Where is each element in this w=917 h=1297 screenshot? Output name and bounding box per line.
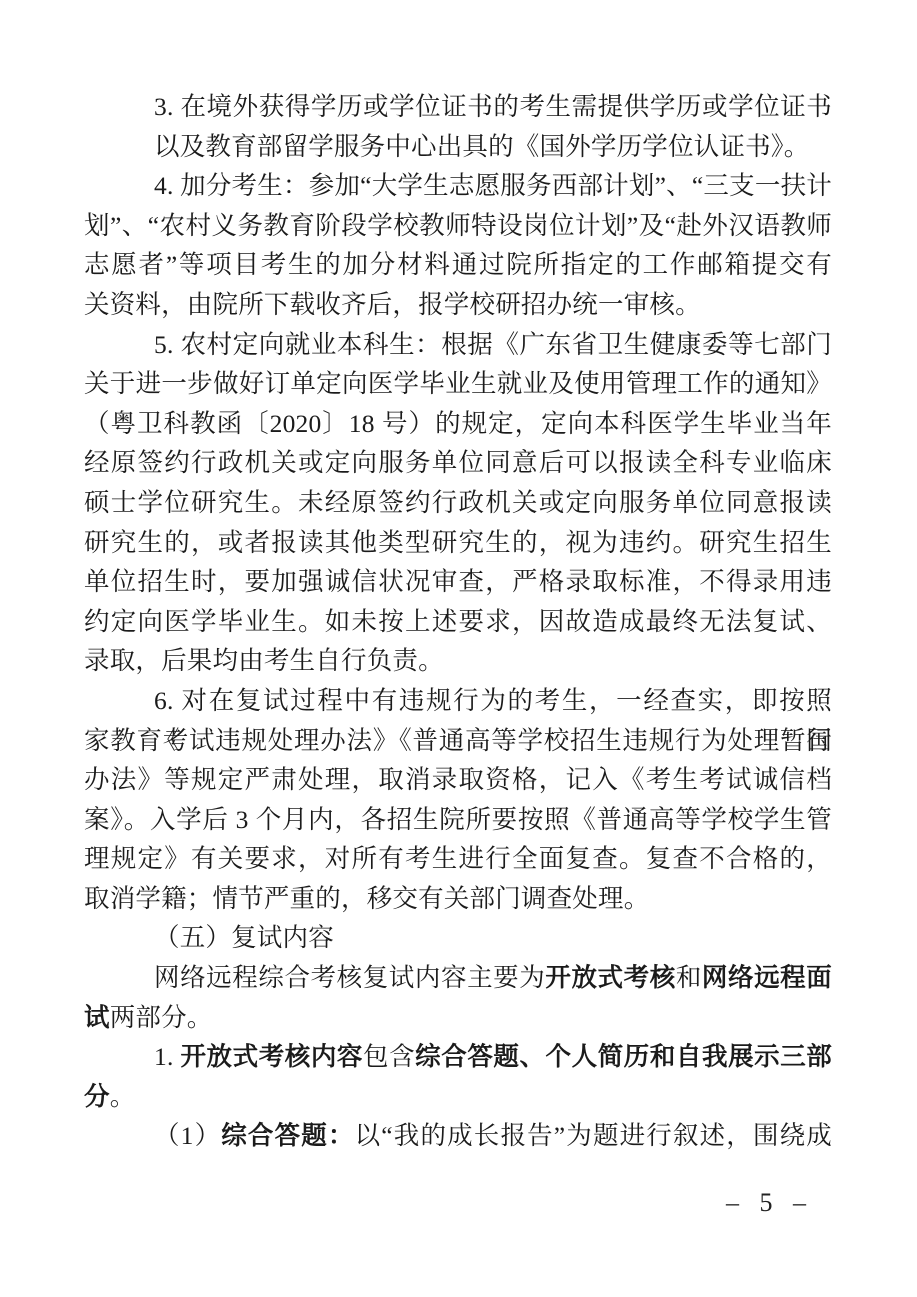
text-line: 关资料，由院所下载收齐后，报学校研招办统一审核。 xyxy=(84,285,832,325)
body-text: （粤卫科教函〔2020〕18 号）的规定，定向本科医学生毕业当年 xyxy=(84,409,832,438)
text-line: 5. 农村定向就业本科生：根据《广东省卫生健康委等七部门 xyxy=(84,325,832,365)
body-text: 志愿者”等项目考生的加分材料通过院所指定的工作邮箱提交有 xyxy=(84,250,832,279)
body-text: 约定向医学毕业生。如未按上述要求，因故造成最终无法复试、 xyxy=(84,607,832,636)
body-text: 两部分。 xyxy=(110,1003,213,1032)
emphasis-text: 开放式考核内容 xyxy=(180,1042,363,1071)
body-text: 案》。入学后 3 个月内，各招生院所要按照《普通高等学校学生管 xyxy=(84,805,832,834)
body-text: 取消学籍；情节严重的，移交有关部门调查处理。 xyxy=(84,884,649,913)
text-line: 以及教育部留学服务中心出具的《国外学历学位认证书》。 xyxy=(84,127,832,167)
page-number: – 5 – xyxy=(726,1188,813,1218)
body-text: 3. 在境外获得学历或学位证书的考生需提供学历或学位证书 xyxy=(154,92,832,121)
emphasis-text: 综合答题： xyxy=(221,1121,354,1150)
emphasis-text: 试 xyxy=(84,1003,110,1032)
text-line: （1）综合答题：以“我的成长报告”为题进行叙述，围绕成 xyxy=(84,1116,832,1156)
body-text: 网络远程综合考核复试内容主要为 xyxy=(154,963,545,992)
body-text: 关资料，由院所下载收齐后，报学校研招办统一审核。 xyxy=(84,290,701,319)
text-line: 办法》等规定严肃处理，取消录取资格，记入《考生考试诚信档 xyxy=(84,760,832,800)
text-line: 约定向医学毕业生。如未按上述要求，因故造成最终无法复试、 xyxy=(84,602,832,642)
body-text: 经原签约行政机关或定向服务单位同意后可以报读全科专业临床 xyxy=(84,448,832,477)
text-line: 经原签约行政机关或定向服务单位同意后可以报读全科专业临床 xyxy=(84,443,832,483)
text-line: 网络远程综合考核复试内容主要为开放式考核和网络远程面 xyxy=(84,958,832,998)
body-text: 以及教育部留学服务中心出具的《国外学历学位认证书》。 xyxy=(154,132,809,161)
body-text: 5. 农村定向就业本科生：根据《广东省卫生健康委等七部门 xyxy=(154,330,832,359)
text-line: 理规定》有关要求，对所有考生进行全面复查。复查不合格的， xyxy=(84,839,832,879)
body-text: 1. xyxy=(154,1042,180,1071)
text-line: 录取，后果均由考生自行负责。 xyxy=(84,641,832,681)
text-line: 4. 加分考生：参加“大学生志愿服务西部计划”、“三支一扶计 xyxy=(84,166,832,206)
body-text: 包含 xyxy=(363,1042,415,1071)
body-text: 和 xyxy=(676,963,702,992)
body-text: 关于进一步做好订单定向医学毕业生就业及使用管理工作的通知》 xyxy=(84,369,832,398)
body-text: 单位招生时，要加强诚信状况审查，严格录取标准，不得录用违 xyxy=(84,567,832,596)
text-line: 研究生的，或者报读其他类型研究生的，视为违约。研究生招生 xyxy=(84,523,832,563)
text-line: 分。 xyxy=(84,1077,832,1117)
text-line: 划”、“农村义务教育阶段学校教师特设岗位计划”及“赴外汉语教师 xyxy=(84,206,832,246)
body-text: 办法》等规定严肃处理，取消录取资格，记入《考生考试诚信档 xyxy=(84,765,832,794)
body-text: 家教育考试违规处理办法》《普通高等学校招生违规行为处理暂行 xyxy=(84,726,832,755)
document-body: 3. 在境外获得学历或学位证书的考生需提供学历或学位证书以及教育部留学服务中心出… xyxy=(84,87,832,1156)
text-line: 试两部分。 xyxy=(84,998,832,1038)
body-text: 。 xyxy=(110,1082,136,1111)
emphasis-text: 网络远程面 xyxy=(702,963,832,992)
text-line: 1. 开放式考核内容包含综合答题、个人简历和自我展示三部 xyxy=(84,1037,832,1077)
text-line: 志愿者”等项目考生的加分材料通过院所指定的工作邮箱提交有 xyxy=(84,245,832,285)
text-line: （五）复试内容 xyxy=(84,918,832,958)
text-line: （粤卫科教函〔2020〕18 号）的规定，定向本科医学生毕业当年 xyxy=(84,404,832,444)
body-text: （五）复试内容 xyxy=(154,923,334,952)
document-page: 3. 在境外获得学历或学位证书的考生需提供学历或学位证书以及教育部留学服务中心出… xyxy=(0,0,917,1297)
body-text: 研究生的，或者报读其他类型研究生的，视为违约。研究生招生 xyxy=(84,528,832,557)
text-line: 取消学籍；情节严重的，移交有关部门调查处理。 xyxy=(84,879,832,919)
body-text: 硕士学位研究生。未经原签约行政机关或定向服务单位同意报读 xyxy=(84,488,832,517)
text-line: 家教育考试违规处理办法》《普通高等学校招生违规行为处理暂行 xyxy=(84,721,832,761)
emphasis-text: 分 xyxy=(84,1082,110,1111)
emphasis-text: 开放式考核 xyxy=(545,963,675,992)
text-line: 关于进一步做好订单定向医学毕业生就业及使用管理工作的通知》 xyxy=(84,364,832,404)
body-text: 划”、“农村义务教育阶段学校教师特设岗位计划”及“赴外汉语教师 xyxy=(84,211,832,240)
body-text: 理规定》有关要求，对所有考生进行全面复查。复查不合格的， xyxy=(84,844,832,873)
emphasis-text: 综合答题、个人简历和自我展示三部 xyxy=(415,1042,832,1071)
text-line: 3. 在境外获得学历或学位证书的考生需提供学历或学位证书 xyxy=(84,87,832,127)
text-line: 硕士学位研究生。未经原签约行政机关或定向服务单位同意报读 xyxy=(84,483,832,523)
body-text: 以“我的成长报告”为题进行叙述，围绕成 xyxy=(355,1121,832,1150)
body-text: （1） xyxy=(154,1121,221,1150)
text-line: 6. 对在复试过程中有违规行为的考生，一经查实，即按照《国 xyxy=(84,681,832,721)
text-line: 案》。入学后 3 个月内，各招生院所要按照《普通高等学校学生管 xyxy=(84,800,832,840)
text-line: 单位招生时，要加强诚信状况审查，严格录取标准，不得录用违 xyxy=(84,562,832,602)
body-text: 录取，后果均由考生自行负责。 xyxy=(84,646,444,675)
body-text: 4. 加分考生：参加“大学生志愿服务西部计划”、“三支一扶计 xyxy=(154,171,832,200)
